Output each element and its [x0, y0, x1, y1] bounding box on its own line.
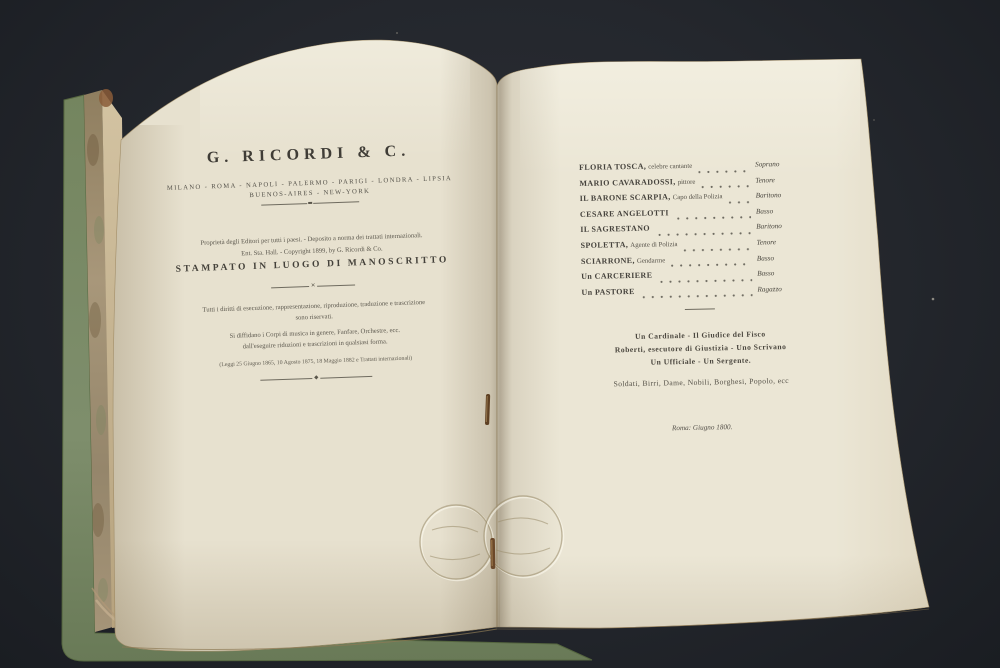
cast-voice: Baritono	[756, 222, 804, 231]
cast-role: Agente di Polizia	[630, 241, 677, 249]
dot-leader	[684, 247, 752, 251]
cast-name: SCIARRONE,	[581, 256, 635, 266]
cast-voice: Soprano	[755, 160, 803, 169]
dot-leader	[701, 185, 750, 189]
cast-voice: Basso	[757, 253, 805, 262]
cast-voice: Baritono	[756, 191, 804, 200]
cast-name: MARIO CAVARADOSSI,	[579, 177, 675, 188]
rule-segment	[317, 285, 355, 287]
cast-role: Capo della Polizia	[673, 193, 723, 201]
cast-role: pittore	[678, 178, 696, 185]
dot-leader	[660, 278, 752, 283]
cast-name: FLORIA TOSCA,	[579, 162, 646, 172]
cross-ornament-icon: ✕	[311, 284, 316, 290]
dust-speck	[932, 298, 935, 301]
rule-segment	[320, 376, 372, 379]
cast-name: IL SAGRESTANO	[580, 224, 650, 234]
cast-name: IL BARONE SCARPIA,	[580, 192, 671, 203]
cast-list: FLORIA TOSCA, celebre cantante Soprano M…	[579, 159, 806, 304]
dot-leader	[698, 169, 750, 173]
rule-segment	[271, 286, 309, 288]
dust-speck	[873, 119, 875, 121]
cast-voice: Tenore	[756, 238, 804, 247]
cast-voice: Tenore	[755, 175, 803, 184]
cast-name: CESARE ANGELOTTI	[580, 208, 669, 219]
cast-voice: Basso	[757, 269, 805, 278]
dust-speck	[396, 32, 398, 34]
worn-corner-spot	[99, 89, 113, 107]
cast-name: Un CARCERIERE	[581, 271, 652, 281]
cast-role: celebre cantante	[648, 163, 692, 171]
rule-segment	[260, 378, 312, 381]
diamond-ornament-icon: ◆	[314, 376, 318, 382]
binding-staple-lower	[490, 538, 495, 569]
cast-name: SPOLETTA,	[580, 240, 628, 250]
photo-of-open-book: G. RICORDI & C. MILANO - ROMA - NAPOLI -…	[0, 0, 1000, 668]
dot-leader	[729, 200, 751, 203]
cast-name: Un PASTORE	[581, 287, 634, 297]
cast-voice: Basso	[756, 206, 804, 215]
cast-voice: Ragazzo	[757, 284, 805, 293]
dot-leader	[677, 216, 751, 220]
rule-center-tick	[308, 202, 312, 205]
cast-role: Gendarme	[637, 257, 665, 265]
dot-leader	[658, 232, 751, 237]
dot-leader	[643, 294, 753, 299]
dot-leader	[671, 263, 752, 268]
